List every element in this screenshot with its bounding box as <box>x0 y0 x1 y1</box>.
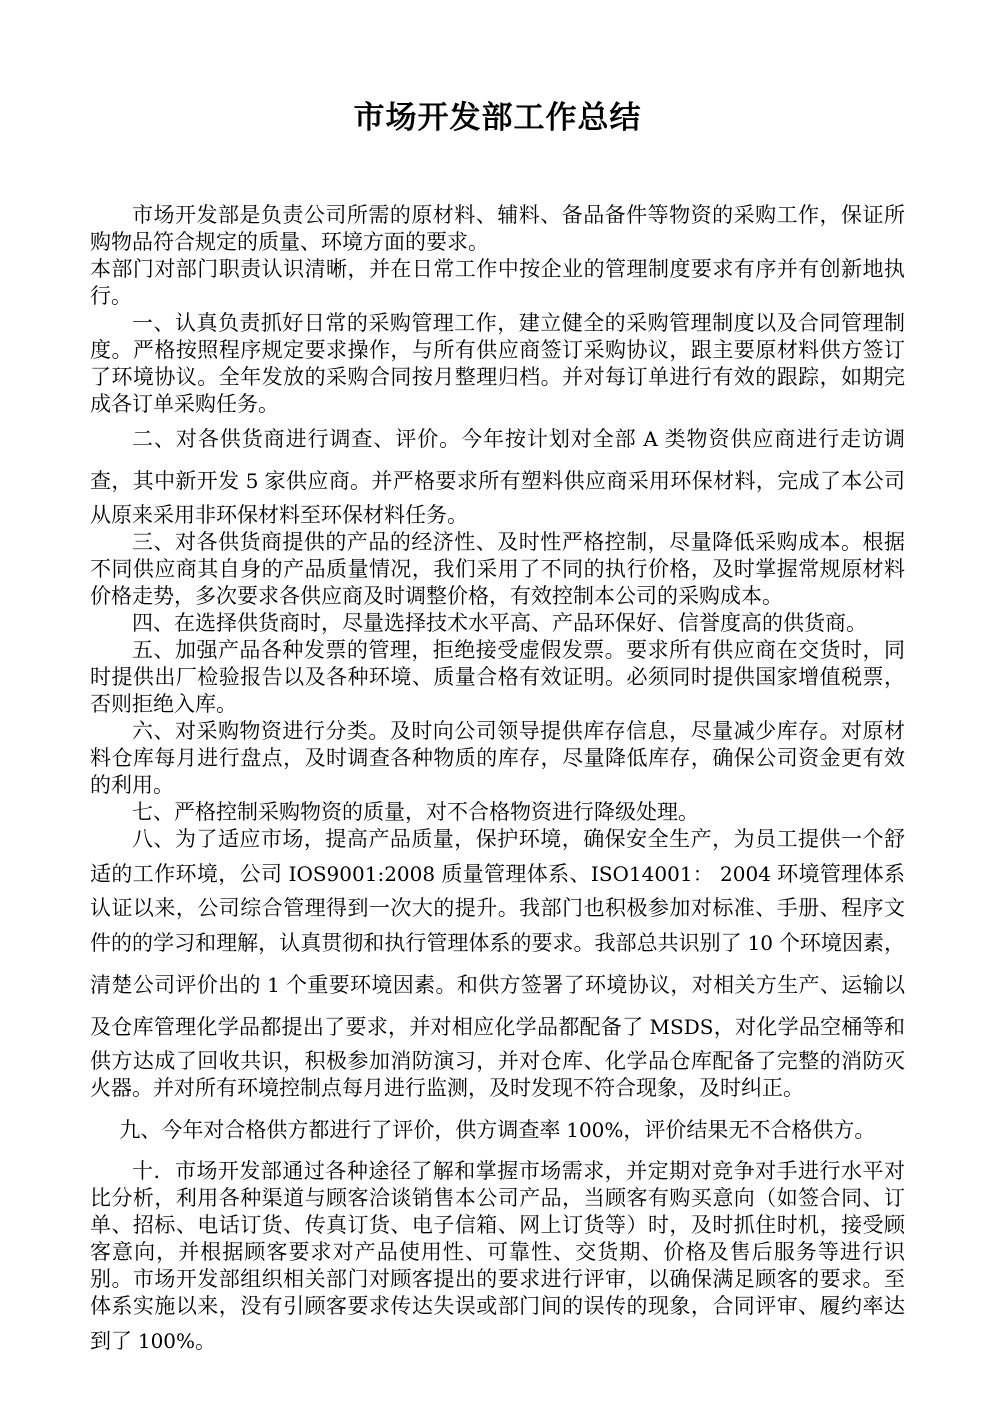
text-run: ，评价结果无不合格供方。 <box>623 1119 875 1142</box>
latin-text-run: 10 <box>748 931 773 955</box>
text-run: 五、加强产品各种发票的管理，拒绝接受虚假发票。要求所有供应商在交货时，同时提供出… <box>90 639 905 716</box>
paragraph: 七、严格控制采购物资的质量，对不合格物资进行降级处理。 <box>90 799 905 826</box>
paragraph: 九、今年对合格供方都进行了评价，供方调查率 100%，评价结果无不合格供方。 <box>90 1109 905 1151</box>
latin-text-run: 100% <box>138 1329 195 1353</box>
text-run: 。 <box>195 1330 216 1353</box>
latin-text-run: ISO14001： 2004 <box>591 862 771 886</box>
text-run: 三、对各供货商提供的产品的经济性、及时性严格控制，尽量降低采购成本。根据不同供应… <box>90 531 905 608</box>
text-run: 六、对采购物资进行分类。及时向公司领导提供库存信息，尽量减少库存。对原材料仓库每… <box>90 720 905 797</box>
paragraph: 三、对各供货商提供的产品的经济性、及时性严格控制，尽量降低采购成本。根据不同供应… <box>90 529 905 610</box>
text-run: 七、严格控制采购物资的质量，对不合格物资进行降级处理。 <box>132 801 699 824</box>
text-run: 四、在选择供货商时，尽量选择技术水平高、产品环保好、信誉度高的供货商。 <box>132 612 867 635</box>
paragraph: 市场开发部是负责公司所需的原材料、辅料、备品备件等物资的采购工作，保证所购物品符… <box>90 202 905 256</box>
paragraph: 六、对采购物资进行分类。及时向公司领导提供库存信息，尽量减少库存。对原材料仓库每… <box>90 718 905 799</box>
paragraph: 一、认真负责抓好日常的采购管理工作，建立健全的采购管理制度以及合同管理制度。严格… <box>90 310 905 418</box>
paragraph: 八、为了适应市场，提高产品质量，保护环境，确保安全生产，为员工提供一个舒适的工作… <box>90 826 905 1102</box>
paragraph: 本部门对部门职责认识清晰，并在日常工作中按企业的管理制度要求有序并有创新地执行。 <box>90 256 905 310</box>
document-body: 市场开发部是负责公司所需的原材料、辅料、备品备件等物资的采购工作，保证所购物品符… <box>90 202 905 1362</box>
text-run: 九、今年对合格供方都进行了评价，供方调查率 <box>119 1119 566 1142</box>
document-title: 市场开发部工作总结 <box>90 98 905 138</box>
paragraph: 四、在选择供货商时，尽量选择技术水平高、产品环保好、信誉度高的供货商。 <box>90 610 905 637</box>
document-page: 市场开发部工作总结 市场开发部是负责公司所需的原材料、辅料、备品备件等物资的采购… <box>0 0 1000 1422</box>
text-run: 本部门对部门职责认识清晰，并在日常工作中按企业的管理制度要求有序并有创新地执行。 <box>90 258 905 308</box>
latin-text-run: IOS9001:2008 <box>289 862 436 886</box>
latin-text-run: MSDS <box>650 1015 714 1039</box>
text-run: 一、认真负责抓好日常的采购管理工作，建立健全的采购管理制度以及合同管理制度。严格… <box>90 312 905 416</box>
paragraph: 二、对各供货商进行调查、评价。今年按计划对全部 A 类物资供应商进行走访调查，其… <box>90 418 905 529</box>
paragraph: 五、加强产品各种发票的管理，拒绝接受虚假发票。要求所有供应商在交货时，同时提供出… <box>90 637 905 718</box>
paragraph: 十．市场开发部通过各种途径了解和掌握市场需求，并定期对竞争对手进行水平对比分析，… <box>90 1158 905 1362</box>
text-run: 十．市场开发部通过各种途径了解和掌握市场需求，并定期对竞争对手进行水平对比分析，… <box>90 1160 905 1353</box>
text-run: 市场开发部是负责公司所需的原材料、辅料、备品备件等物资的采购工作，保证所购物品符… <box>90 204 905 254</box>
latin-text-run: 5 <box>246 469 259 493</box>
text-run: 二、对各供货商进行调查、评价。今年按计划对全部 <box>132 428 643 451</box>
latin-text-run: 100% <box>566 1118 623 1142</box>
text-run: 质量管理体系、 <box>435 863 591 886</box>
latin-text-run: A <box>643 427 657 451</box>
latin-text-run: 1 <box>267 973 280 997</box>
